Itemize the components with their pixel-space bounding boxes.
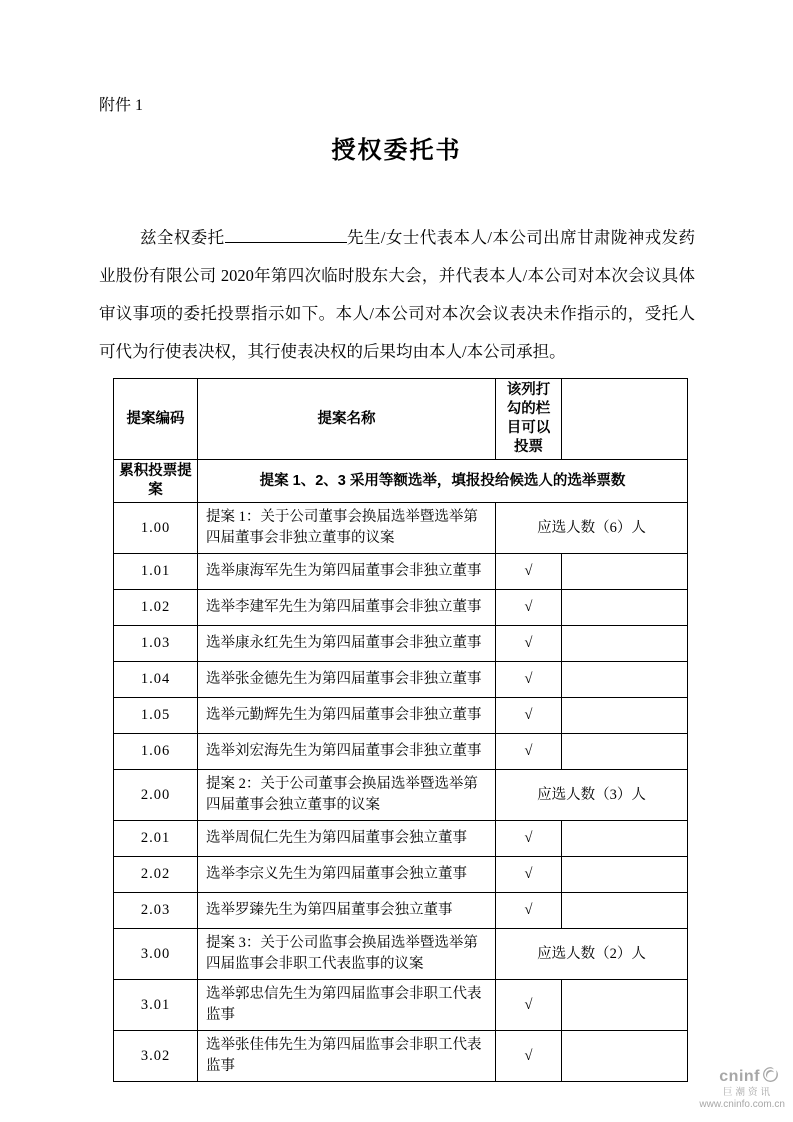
vote-fill-cell <box>562 857 688 893</box>
proposal-name: 提案 1：关于公司董事会换届选举暨选举第四届董事会非独立董事的议案 <box>198 503 496 554</box>
cumulative-voting-row: 累积投票提案 提案 1、2、3 采用等额选举，填报投给候选人的选举票数 <box>114 460 688 503</box>
table-row-item-1-05: 1.05 选举元勤辉先生为第四届董事会非独立董事 √ <box>114 698 688 734</box>
table-header-row: 提案编码 提案名称 该列打勾的栏目可以投票 <box>114 379 688 460</box>
proposal-code: 1.01 <box>114 554 198 590</box>
page-title: 授权委托书 <box>0 130 793 165</box>
table-row-item-1-02: 1.02 选举李建军先生为第四届董事会非独立董事 √ <box>114 590 688 626</box>
tick-mark: √ <box>496 1031 562 1082</box>
proposal-code: 2.02 <box>114 857 198 893</box>
table-row-item-2-02: 2.02 选举李宗义先生为第四届董事会独立董事 √ <box>114 857 688 893</box>
tick-mark: √ <box>496 662 562 698</box>
proposal-code: 1.00 <box>114 503 198 554</box>
cninfo-logo-text: cninf <box>719 1068 760 1086</box>
proposal-name: 选举郭忠信先生为第四届监事会非职工代表监事 <box>198 980 496 1031</box>
paragraph-text-after-blank: 先生/女士代表本人/本公司出席甘肃陇神戎发药业股份有限公司 2020年第四次临时… <box>99 228 695 361</box>
proposal-code: 1.06 <box>114 734 198 770</box>
tick-mark: √ <box>496 554 562 590</box>
proposal-name: 选举李宗义先生为第四届董事会独立董事 <box>198 857 496 893</box>
vote-fill-cell <box>562 980 688 1031</box>
table-row-item-1-01: 1.01 选举康海军先生为第四届董事会非独立董事 √ <box>114 554 688 590</box>
vote-fill-cell <box>562 821 688 857</box>
table-row-proposal-3: 3.00 提案 3：关于公司监事会换届选举暨选举第四届监事会非职工代表监事的议案… <box>114 929 688 980</box>
table-row-item-1-06: 1.06 选举刘宏海先生为第四届董事会非独立董事 √ <box>114 734 688 770</box>
table-row-proposal-2: 2.00 提案 2：关于公司董事会换届选举暨选举第四届董事会独立董事的议案 应选… <box>114 770 688 821</box>
header-blank-column <box>562 379 688 460</box>
proposal-name: 选举张佳伟先生为第四届监事会非职工代表监事 <box>198 1031 496 1082</box>
tick-mark: √ <box>496 857 562 893</box>
vote-fill-cell <box>562 662 688 698</box>
cumulative-voting-note: 提案 1、2、3 采用等额选举，填报投给候选人的选举票数 <box>198 460 688 503</box>
body-paragraph: 兹全权委托先生/女士代表本人/本公司出席甘肃陇神戎发药业股份有限公司 2020年… <box>99 219 695 371</box>
tick-mark: √ <box>496 821 562 857</box>
header-proposal-name: 提案名称 <box>198 379 496 460</box>
cninfo-url: www.cninfo.com.cn <box>627 1099 787 1111</box>
table-row-proposal-1: 1.00 提案 1：关于公司董事会换届选举暨选举第四届董事会非独立董事的议案 应… <box>114 503 688 554</box>
candidates-count-note: 应选人数（6）人 <box>496 503 688 554</box>
vote-fill-cell <box>562 626 688 662</box>
vote-fill-cell <box>562 893 688 929</box>
vote-fill-cell <box>562 590 688 626</box>
document-page: 附件 1 授权委托书 兹全权委托先生/女士代表本人/本公司出席甘肃陇神戎发药业股… <box>0 0 793 1122</box>
table-row-item-3-02: 3.02 选举张佳伟先生为第四届监事会非职工代表监事 √ <box>114 1031 688 1082</box>
proposal-name: 提案 3：关于公司监事会换届选举暨选举第四届监事会非职工代表监事的议案 <box>198 929 496 980</box>
cninfo-chinese-name: 巨潮资讯 <box>627 1088 787 1099</box>
vote-fill-cell <box>562 554 688 590</box>
tick-mark: √ <box>496 698 562 734</box>
proposal-code: 3.01 <box>114 980 198 1031</box>
tick-mark: √ <box>496 590 562 626</box>
table-row-item-3-01: 3.01 选举郭忠信先生为第四届监事会非职工代表监事 √ <box>114 980 688 1031</box>
proposal-name: 选举张金德先生为第四届董事会非独立董事 <box>198 662 496 698</box>
attachment-label: 附件 1 <box>99 92 143 115</box>
proposal-code: 1.04 <box>114 662 198 698</box>
candidates-count-note: 应选人数（3）人 <box>496 770 688 821</box>
tick-mark: √ <box>496 980 562 1031</box>
candidates-count-note: 应选人数（2）人 <box>496 929 688 980</box>
tick-mark: √ <box>496 893 562 929</box>
proposal-name: 选举周侃仁先生为第四届董事会独立董事 <box>198 821 496 857</box>
proposal-code: 2.00 <box>114 770 198 821</box>
delegate-name-blank <box>225 228 347 243</box>
proposal-code: 3.00 <box>114 929 198 980</box>
proposal-code: 1.05 <box>114 698 198 734</box>
proposal-code: 2.01 <box>114 821 198 857</box>
header-tick-column: 该列打勾的栏目可以投票 <box>496 379 562 460</box>
paragraph-text-before-blank: 兹全权委托 <box>140 228 225 247</box>
tick-mark: √ <box>496 734 562 770</box>
proposal-code: 3.02 <box>114 1031 198 1082</box>
proposal-code: 2.03 <box>114 893 198 929</box>
proxy-vote-table: 提案编码 提案名称 该列打勾的栏目可以投票 累积投票提案 提案 1、2、3 采用… <box>113 378 688 1082</box>
proposal-name: 选举康永红先生为第四届董事会非独立董事 <box>198 626 496 662</box>
cninfo-swirl-icon <box>762 1066 779 1088</box>
cninfo-watermark: cninf 巨潮资讯 www.cninfo.com.cn <box>627 1066 787 1111</box>
proposal-name: 选举元勤辉先生为第四届董事会非独立董事 <box>198 698 496 734</box>
proposal-name: 选举罗臻先生为第四届董事会独立董事 <box>198 893 496 929</box>
proposal-code: 1.02 <box>114 590 198 626</box>
vote-fill-cell <box>562 734 688 770</box>
header-proposal-code: 提案编码 <box>114 379 198 460</box>
proposal-code: 1.03 <box>114 626 198 662</box>
table-row-item-1-04: 1.04 选举张金德先生为第四届董事会非独立董事 √ <box>114 662 688 698</box>
table-row-item-1-03: 1.03 选举康永红先生为第四届董事会非独立董事 √ <box>114 626 688 662</box>
proposal-name: 提案 2：关于公司董事会换届选举暨选举第四届董事会独立董事的议案 <box>198 770 496 821</box>
vote-fill-cell <box>562 698 688 734</box>
proposal-name: 选举康海军先生为第四届董事会非独立董事 <box>198 554 496 590</box>
table-row-item-2-03: 2.03 选举罗臻先生为第四届董事会独立董事 √ <box>114 893 688 929</box>
table-row-item-2-01: 2.01 选举周侃仁先生为第四届董事会独立董事 √ <box>114 821 688 857</box>
proposal-name: 选举刘宏海先生为第四届董事会非独立董事 <box>198 734 496 770</box>
tick-mark: √ <box>496 626 562 662</box>
proposal-name: 选举李建军先生为第四届董事会非独立董事 <box>198 590 496 626</box>
cumulative-voting-label: 累积投票提案 <box>114 460 198 503</box>
